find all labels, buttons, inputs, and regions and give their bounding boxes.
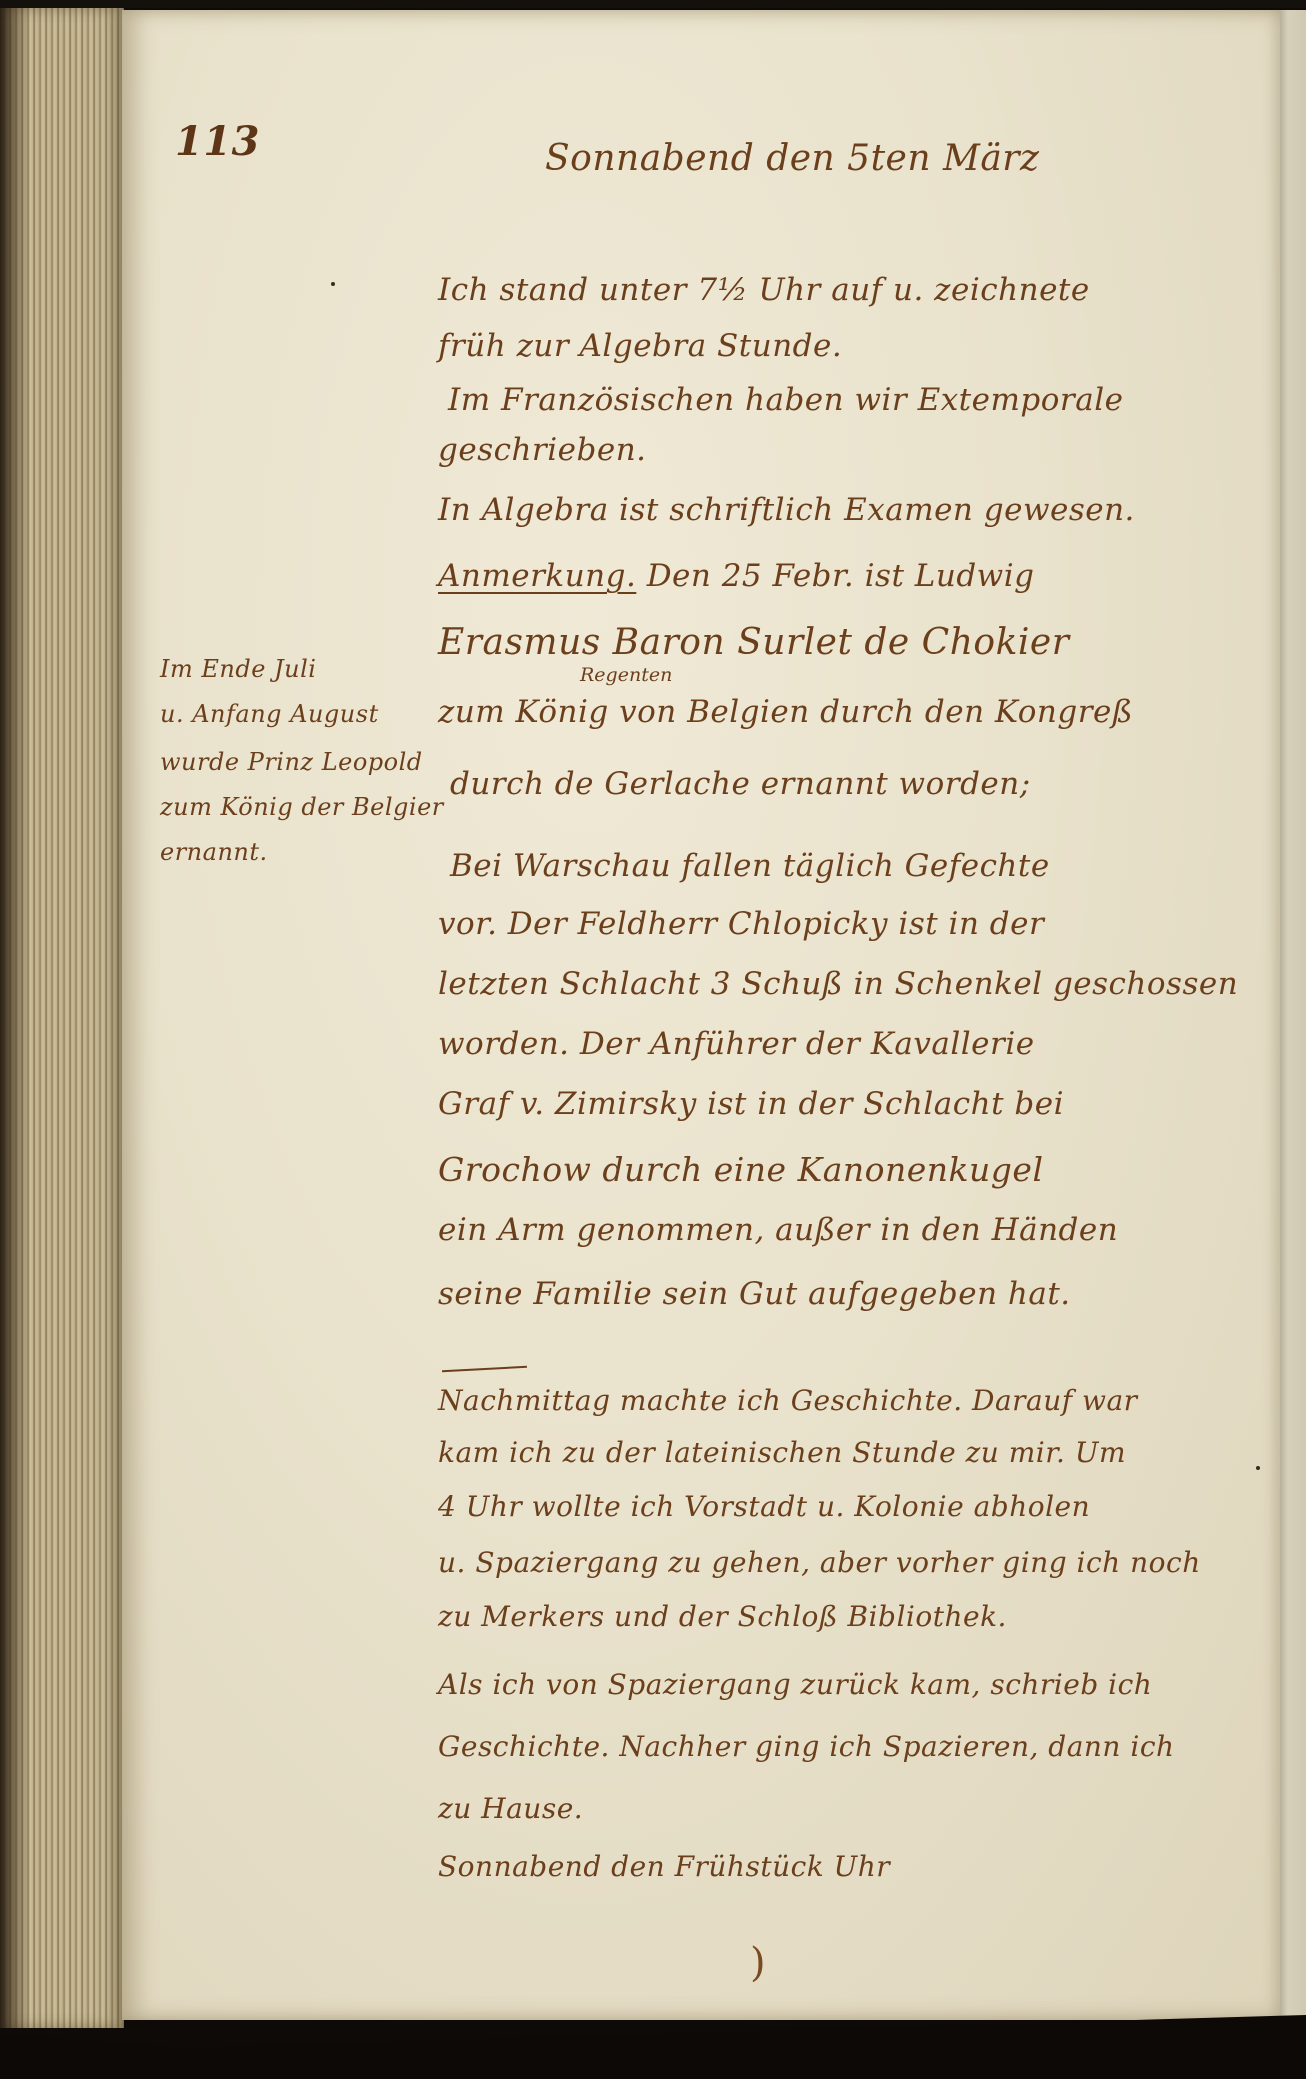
text-line: vor. Der Feldherr Chlopicky ist in der: [438, 906, 1044, 942]
text-line: worden. Der Anführer der Kavallerie: [438, 1026, 1035, 1062]
text-line: Im Französischen haben wir Extemporale: [448, 382, 1123, 418]
text-line: zu Hause.: [438, 1792, 583, 1825]
text-line: In Algebra ist schriftlich Examen gewese…: [438, 492, 1135, 528]
ink-speck: [1256, 1466, 1260, 1470]
entry-date-heading: Sonnabend den 5ten März: [545, 138, 1039, 179]
next-page-edge: [1280, 10, 1306, 2020]
page-number: 113: [175, 118, 260, 165]
text-line: u. Spaziergang zu gehen, aber vorher gin…: [438, 1546, 1201, 1579]
text-line: Nachmittag machte ich Geschichte. Darauf…: [438, 1384, 1138, 1417]
text-span: Den 25 Febr. ist Ludwig: [647, 558, 1035, 594]
book-page-stack: [0, 8, 124, 2028]
text-line: früh zur Algebra Stunde.: [438, 328, 842, 364]
ink-speck: [331, 282, 335, 286]
text-line: kam ich zu der lateinischen Stunde zu mi…: [438, 1436, 1126, 1469]
text-line: letzten Schlacht 3 Schuß in Schenkel ges…: [438, 966, 1238, 1002]
ink-mark: ): [750, 1940, 766, 1986]
text-line: durch de Gerlache ernannt worden;: [450, 766, 1031, 802]
text-line: zum König von Belgien durch den Kongreß: [438, 694, 1133, 730]
text-line: Geschichte. Nachher ging ich Spazieren, …: [438, 1730, 1175, 1763]
annotation-label: Anmerkung.: [438, 558, 636, 594]
inserted-word: Regenten: [580, 664, 672, 686]
text-line: geschrieben.: [438, 432, 647, 468]
text-line: Ich stand unter 7½ Uhr auf u. zeichnete: [438, 272, 1090, 308]
margin-note-line: u. Anfang August: [160, 700, 379, 728]
text-line: zu Merkers und der Schloß Bibliothek.: [438, 1600, 1007, 1633]
text-line: Sonnabend den Frühstück Uhr: [438, 1850, 890, 1883]
text-line: Bei Warschau fallen täglich Gefechte: [450, 848, 1050, 884]
scan-bottom-border: [0, 2015, 1306, 2079]
scan-top-border: [0, 0, 1306, 8]
text-line: 4 Uhr wollte ich Vorstadt u. Kolonie abh…: [438, 1490, 1090, 1523]
text-line: Grochow durch eine Kanonenkugel: [438, 1150, 1044, 1189]
text-line: ein Arm genommen, außer in den Händen: [438, 1212, 1118, 1248]
text-line: Graf v. Zimirsky ist in der Schlacht bei: [438, 1086, 1064, 1122]
margin-note-line: zum König der Belgier: [160, 793, 444, 821]
text-line: seine Familie sein Gut aufgegeben hat.: [438, 1276, 1071, 1312]
manuscript-page: [122, 10, 1280, 2020]
margin-note-line: wurde Prinz Leopold: [160, 748, 423, 776]
text-line: Erasmus Baron Surlet de Chokier: [438, 622, 1069, 663]
margin-note-line: ernannt.: [160, 838, 268, 866]
text-line: Als ich von Spaziergang zurück kam, schr…: [438, 1668, 1152, 1701]
margin-note-line: Im Ende Juli: [160, 655, 316, 683]
